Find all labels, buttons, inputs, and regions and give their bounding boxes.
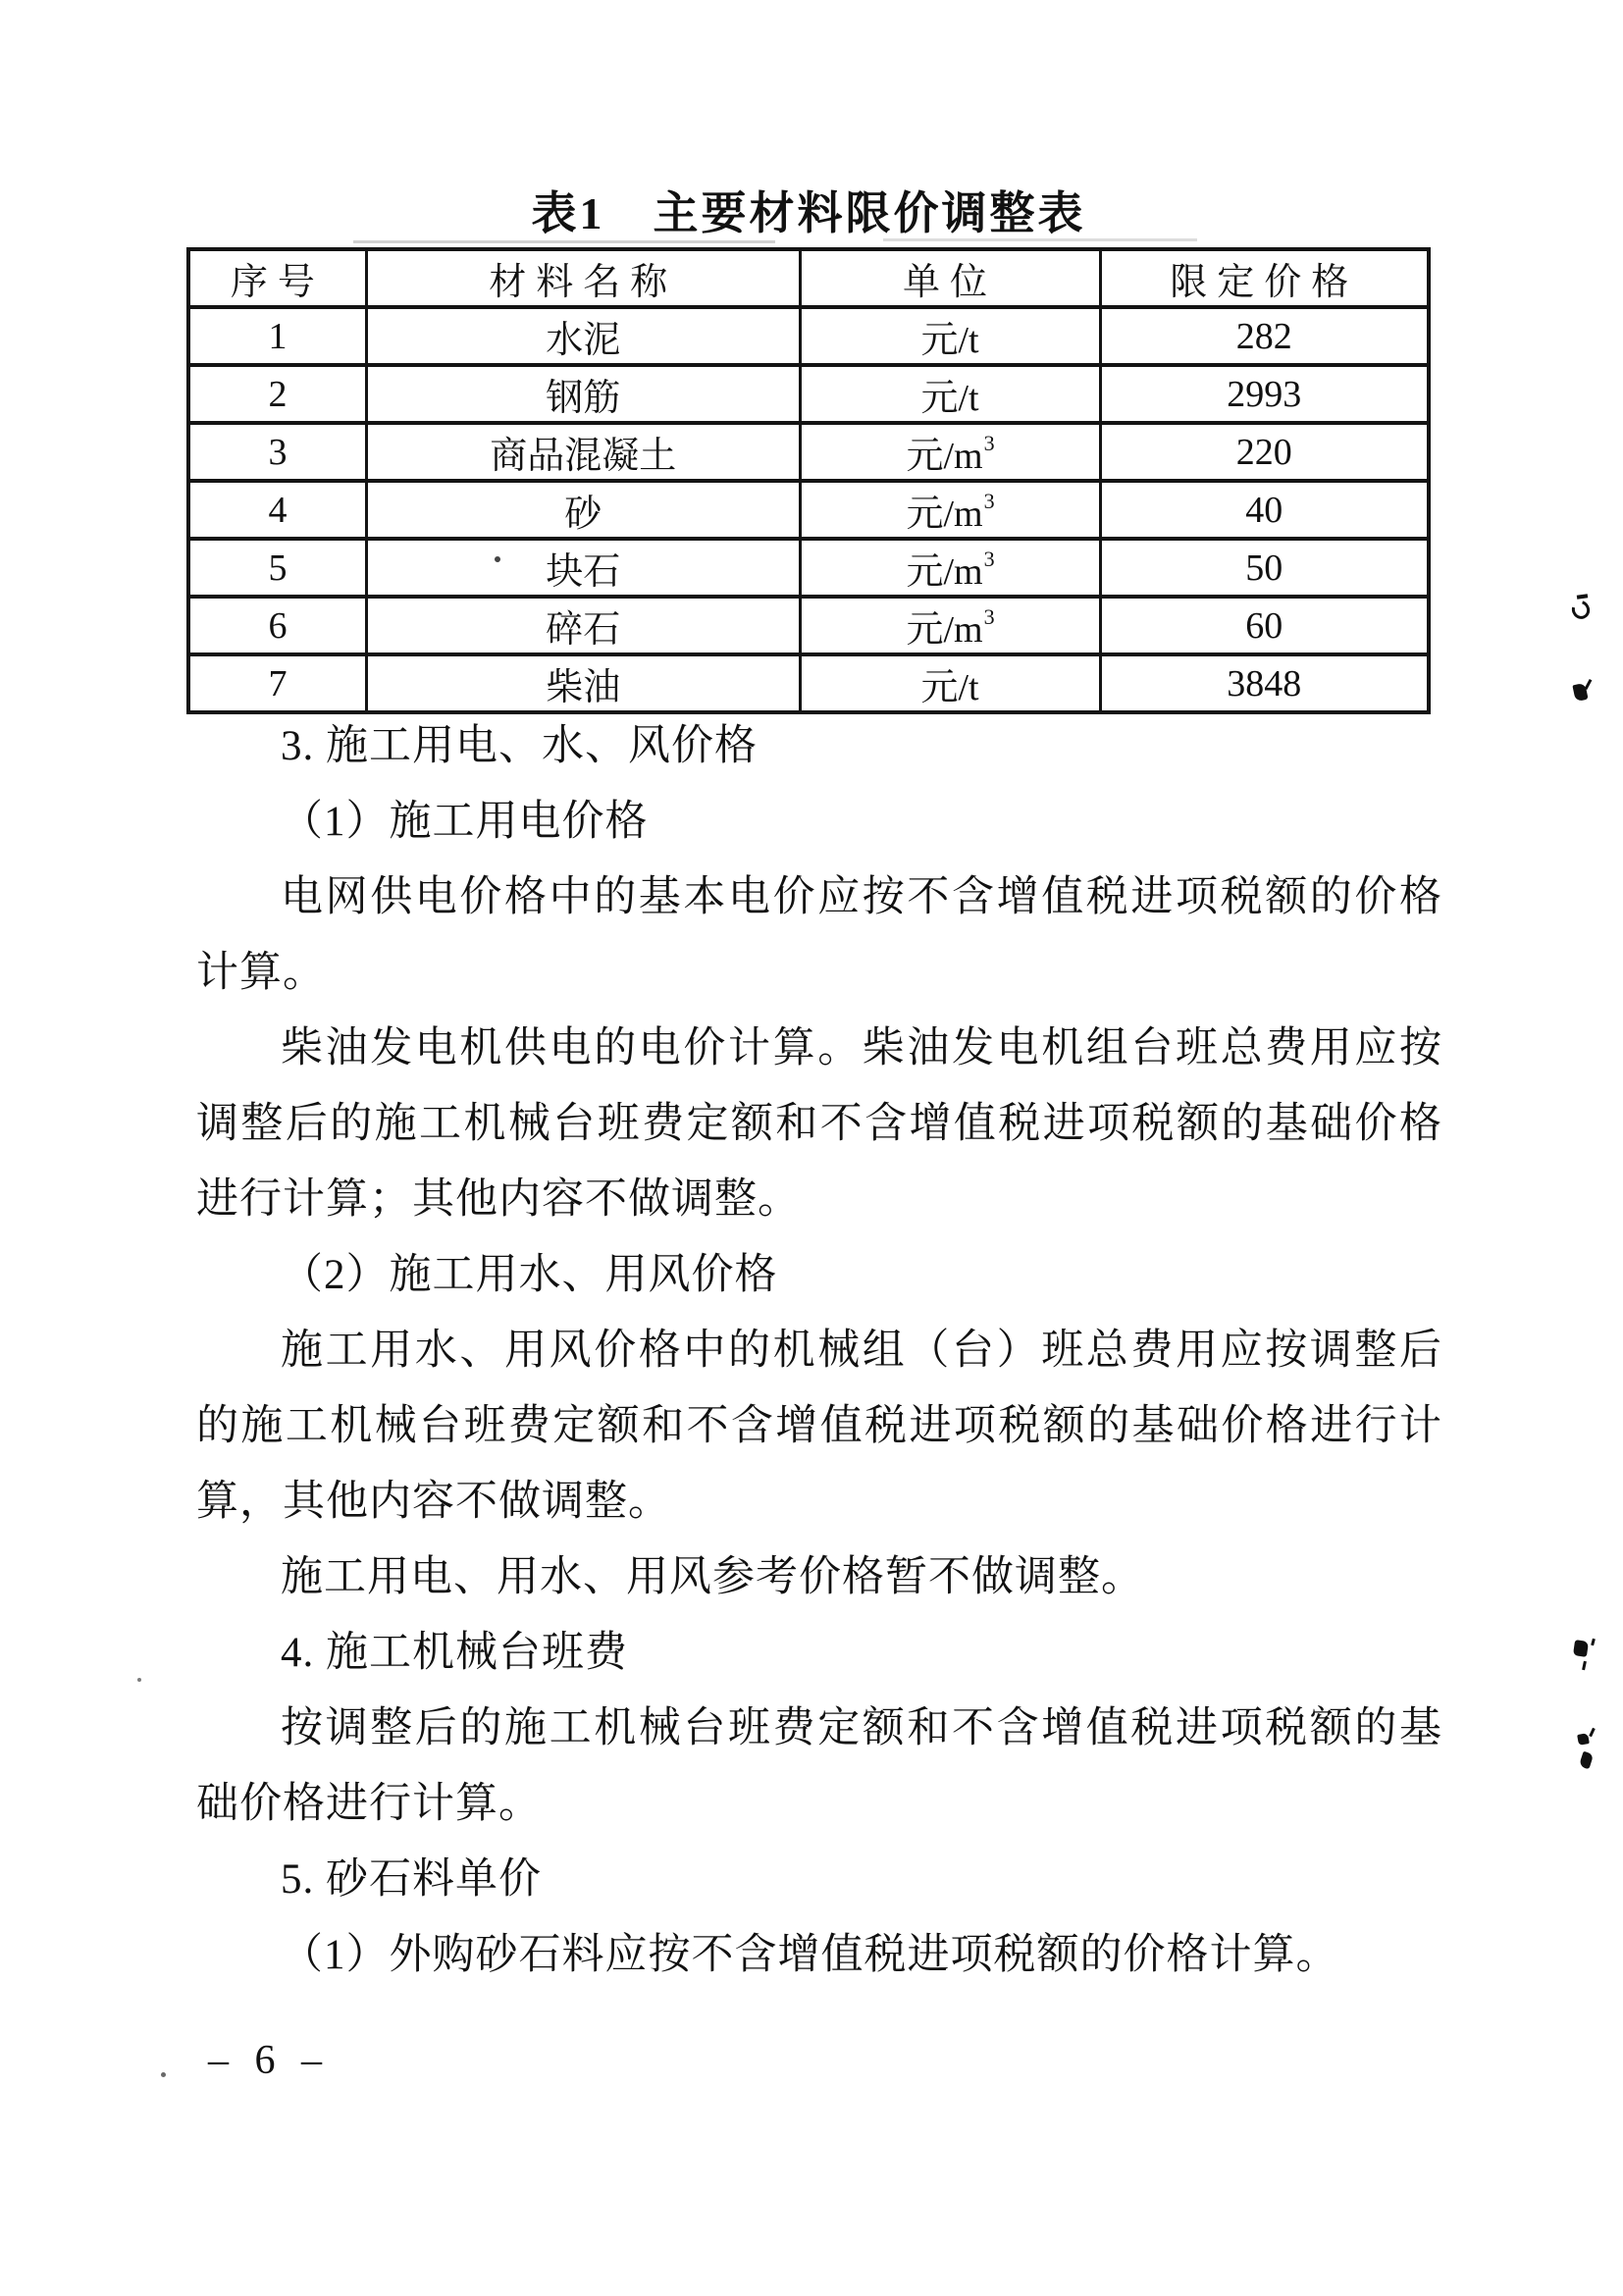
body-line: 的施工机械台班费定额和不含增值税进项税额的基础价格进行计: [196, 1388, 1442, 1464]
body-line: 础价格进行计算。: [196, 1766, 1442, 1842]
cell-unit: 元/m3: [800, 539, 1100, 597]
cell-price: 220: [1100, 423, 1429, 481]
page-number: – 6 –: [208, 2037, 330, 2084]
subsection-heading-3-1: （1）施工用电价格: [196, 784, 1442, 860]
subsection-heading-3-2: （2）施工用水、用风价格: [196, 1237, 1442, 1313]
table-caption: 表1 主要材料限价调整表: [186, 188, 1431, 239]
cell-unit: 元/m3: [800, 481, 1100, 539]
col-header-price-limit: 限定价格: [1100, 249, 1429, 307]
table-row: 2 钢筋 元/t 2993: [188, 365, 1429, 423]
section-heading-5: 5. 砂石料单价: [196, 1842, 1442, 1917]
cell-price: 40: [1100, 481, 1429, 539]
col-header-no: 序号: [188, 249, 366, 307]
ink-mark: [1589, 1728, 1596, 1737]
cell-material-name: 柴油: [366, 654, 800, 712]
body-line: 柴油发电机供电的电价计算。柴油发电机组台班总费用应按: [196, 1011, 1442, 1086]
table-row: 7 柴油 元/t 3848: [188, 654, 1429, 712]
body-line: 施工用水、用风价格中的机械组（台）班总费用应按调整后: [196, 1313, 1442, 1388]
document-page: 表1 主要材料限价调整表 序号 材料名称 单位 限定价格 1 水泥 元/t 28…: [0, 0, 1623, 2296]
cell-price: 282: [1100, 307, 1429, 365]
table-row: 5 块石 元/m3 50: [188, 539, 1429, 597]
cell-no: 4: [188, 481, 366, 539]
ink-mark: [1582, 1661, 1587, 1670]
cell-price: 60: [1100, 597, 1429, 654]
table-row: 3 商品混凝土 元/m3 220: [188, 423, 1429, 481]
cell-price: 50: [1100, 539, 1429, 597]
table-row: 6 碎石 元/m3 60: [188, 597, 1429, 654]
unit-text: 元/t: [920, 320, 978, 361]
cell-no: 5: [188, 539, 366, 597]
cell-material-name: 商品混凝土: [366, 423, 800, 481]
table-header-row: 序号 材料名称 单位 限定价格: [188, 249, 1429, 307]
ink-mark: [1568, 598, 1593, 622]
body-line: （1）外购砂石料应按不含增值税进项税额的价格计算。: [196, 1917, 1442, 1993]
body-line: 算，其他内容不做调整。: [196, 1464, 1442, 1539]
unit-superscript: 3: [984, 431, 995, 455]
cell-no: 2: [188, 365, 366, 423]
ink-mark: [1591, 1639, 1596, 1646]
cell-price: 3848: [1100, 654, 1429, 712]
materials-price-table: 序号 材料名称 单位 限定价格 1 水泥 元/t 282 2 钢筋 元/t 29…: [186, 247, 1431, 714]
cell-price: 2993: [1100, 365, 1429, 423]
body-line: 进行计算；其他内容不做调整。: [196, 1162, 1442, 1237]
col-header-unit: 单位: [800, 249, 1100, 307]
cell-material-name: 砂: [366, 481, 800, 539]
ink-mark: [1579, 1751, 1594, 1770]
cell-unit: 元/t: [800, 654, 1100, 712]
scan-streak: [353, 240, 775, 243]
table-row: 1 水泥 元/t 282: [188, 307, 1429, 365]
unit-text: 元/m: [906, 494, 982, 535]
cell-unit: 元/t: [800, 365, 1100, 423]
cell-no: 6: [188, 597, 366, 654]
cell-unit: 元/m3: [800, 423, 1100, 481]
scan-speck: [137, 1678, 141, 1682]
section-heading-3: 3. 施工用电、水、风价格: [196, 708, 1442, 784]
unit-text: 元/m: [906, 551, 982, 593]
unit-text: 元/t: [920, 378, 978, 419]
cell-no: 7: [188, 654, 366, 712]
cell-unit: 元/m3: [800, 597, 1100, 654]
ink-mark: [1585, 679, 1593, 690]
col-header-material-name: 材料名称: [366, 249, 800, 307]
unit-text: 元/m: [906, 436, 982, 477]
body-line: 施工用电、用水、用风参考价格暂不做调整。: [196, 1539, 1442, 1615]
ink-mark: [1577, 1733, 1590, 1746]
cell-material-name: 块石: [366, 539, 800, 597]
cell-no: 1: [188, 307, 366, 365]
body-line: 计算。: [196, 935, 1442, 1011]
body-line: 电网供电价格中的基本电价应按不含增值税进项税额的价格: [196, 860, 1442, 935]
cell-no: 3: [188, 423, 366, 481]
unit-text: 元/m: [906, 609, 982, 651]
ink-mark: [1577, 594, 1588, 599]
ink-mark: [1573, 1640, 1589, 1657]
section-heading-4: 4. 施工机械台班费: [196, 1615, 1442, 1691]
cell-material-name: 水泥: [366, 307, 800, 365]
body-line: 调整后的施工机械台班费定额和不含增值税进项税额的基础价格: [196, 1086, 1442, 1162]
unit-superscript: 3: [984, 489, 995, 513]
scan-speck: [495, 556, 500, 562]
cell-material-name: 钢筋: [366, 365, 800, 423]
table-row: 4 砂 元/m3 40: [188, 481, 1429, 539]
unit-superscript: 3: [984, 604, 995, 629]
scan-speck: [161, 2072, 166, 2077]
body-line: 按调整后的施工机械台班费定额和不含增值税进项税额的基: [196, 1691, 1442, 1766]
unit-text: 元/t: [920, 667, 978, 708]
cell-material-name: 碎石: [366, 597, 800, 654]
unit-superscript: 3: [984, 547, 995, 571]
cell-unit: 元/t: [800, 307, 1100, 365]
body-text: 3. 施工用电、水、风价格 （1）施工用电价格 电网供电价格中的基本电价应按不含…: [196, 708, 1442, 1993]
